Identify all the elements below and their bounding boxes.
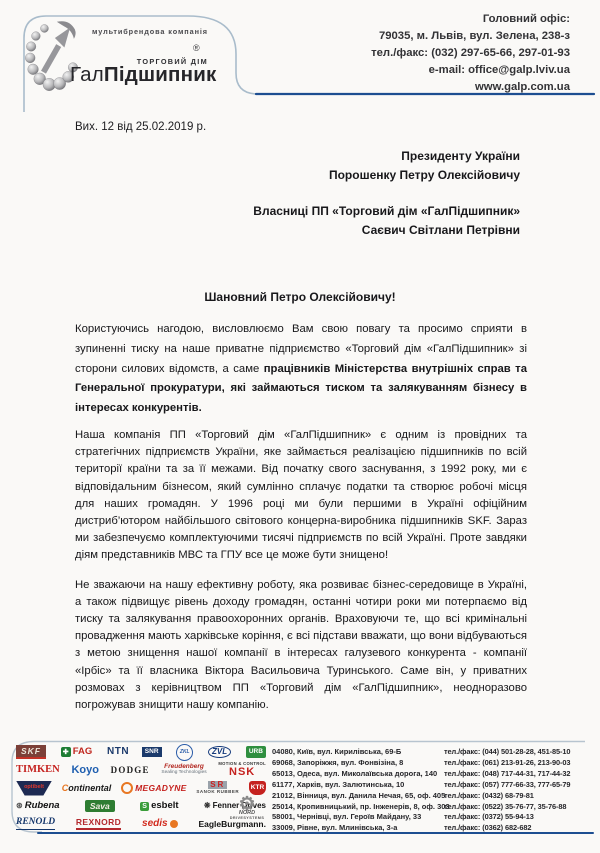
branch-phone: тел./факс: (0362) 682-682 [444, 823, 570, 834]
urb-logo: URB [246, 746, 266, 759]
brand-part-regular: Гал [70, 63, 104, 86]
branch-address: 58001, Чернівці, вул. Героїв Майдану, 33 [272, 812, 450, 823]
dodge-logo: DODGE [111, 766, 150, 775]
branch-address: 21012, Вінниця, вул. Данила Нечая, 65, о… [272, 791, 450, 802]
paragraph-3: Не зважаючи на нашу ефективну роботу, як… [75, 577, 527, 715]
megadyne-logo: MEGADYNE [121, 782, 187, 794]
branch-phone: тел./факс: (0432) 68-79-81 [444, 791, 570, 802]
addressee-owner-block: Власниці ПП «Торговий дім «ГалПідшипник»… [253, 202, 520, 240]
branch-address: 61177, Харків, вул. Залютинська, 10 [272, 780, 450, 791]
addressee-line: Власниці ПП «Торговий дім «ГалПідшипник» [253, 202, 520, 221]
renold-logo: RENOLD [16, 818, 55, 830]
addressee-line: Президенту України [329, 147, 520, 166]
ktr-logo: KTR [249, 781, 266, 795]
letter-body: Користуючись нагодою, висловлюємо Вам св… [75, 320, 527, 714]
rubena-logo: ⊛Rubena [16, 801, 60, 811]
brand-row-1: SKF ✚FAG NTN SNR ZKL ZVL URB [16, 743, 266, 761]
branch-phone: тел./факс: (0522) 35-76-77, 35-76-88 [444, 802, 570, 813]
letter-footer: SKF ✚FAG NTN SNR ZKL ZVL URB TIMKEN Koyo… [0, 738, 600, 853]
branch-phone: тел./факс: (044) 501-28-28, 451-85-10 [444, 747, 570, 758]
head-office-phone: тел./факс: (032) 297-65-66, 297-01-93 [371, 45, 570, 62]
head-office-email: e-mail: office@galp.lviv.ua [371, 62, 570, 79]
branch-address: 04080, Київ, вул. Кирилівська, 69-Б [272, 747, 450, 758]
addressee-president-block: Президенту України Порошенку Петру Олекс… [329, 147, 520, 185]
esbelt-emblem-icon: S [140, 802, 149, 811]
sedis-logo: sedis [142, 819, 178, 829]
nsk-logo: MOTION & CONTROLNSK [218, 762, 266, 778]
scanned-letter-page: мультибрендова компанія ® ТОРГОВИЙ ДІМ Г… [0, 0, 600, 853]
addressee-line: Саєвич Світлани Петрівни [253, 221, 520, 240]
paragraph-2: Наша компанія ПП «Торговий дім «ГалПідши… [75, 427, 527, 565]
branch-phone: тел./факс: (057) 777-66-33, 777-65-79 [444, 780, 570, 791]
nord-caption: DRIVESYSTEMS [228, 816, 266, 820]
esbelt-logo: Sesbelt [140, 801, 178, 811]
branch-address: 69068, Запоріжжя, вул. Фонвізіна, 8 [272, 758, 450, 769]
megadyne-emblem-icon [121, 782, 133, 794]
sava-logo: Sava [85, 800, 115, 813]
branch-address: 65013, Одеса, вул. Миколаївська дорога, … [272, 769, 450, 780]
fenner-emblem-icon: ❋ [204, 802, 211, 810]
outgoing-reference: Вих. 12 від 25.02.2019 р. [75, 121, 206, 133]
branch-addresses: 04080, Київ, вул. Кирилівська, 69-Б 6906… [272, 747, 450, 834]
continental-logo: Continental [62, 784, 112, 793]
branch-address: 33009, Рівне, вул. Млинівська, 3-а [272, 823, 450, 834]
fag-emblem-icon: ✚ [61, 747, 71, 757]
paragraph-1: Користуючись нагодою, висловлюємо Вам св… [75, 320, 527, 419]
zvl-logo: ZVL [208, 746, 231, 758]
brand-part-bold: Підшипник [104, 63, 217, 86]
head-office-website: www.galp.com.ua [371, 79, 570, 96]
sedis-emblem-icon [170, 820, 178, 828]
rexnord-logo: REXNORD [76, 818, 121, 830]
registered-trademark-icon: ® [193, 43, 200, 53]
branch-phone: тел./факс: (061) 213-91-26, 213-90-03 [444, 758, 570, 769]
salutation: Шановний Петро Олексійовичу! [75, 290, 525, 304]
addressee-line: Порошенку Петру Олексійовичу [329, 166, 520, 185]
letterhead: мультибрендова компанія ® ТОРГОВИЙ ДІМ Г… [0, 0, 600, 120]
branch-phone: тел./факс: (048) 717-44-31, 717-44-32 [444, 769, 570, 780]
branch-phones: тел./факс: (044) 501-28-28, 451-85-10 те… [444, 747, 570, 834]
ntn-logo: NTN [107, 747, 129, 757]
zkl-logo: ZKL [176, 744, 193, 761]
eagleburgmann-logo: EagleBurgmann. [198, 820, 266, 829]
koyo-logo: Koyo [71, 765, 99, 776]
branch-phone: тел./факс: (0372) 55-94-13 [444, 812, 570, 823]
timken-logo: TIMKEN [16, 765, 60, 776]
optibelt-logo: optibelt [16, 781, 52, 796]
fag-logo: ✚FAG [61, 747, 93, 757]
freudenberg-logo: FreudenbergSealing Technologies [161, 764, 206, 776]
sanok-rubber-logo: SRSANOK RUBBER [196, 781, 239, 795]
logo-tagline: мультибрендова компанія [92, 27, 208, 36]
brand-row-2: TIMKEN Koyo DODGE FreudenbergSealing Tec… [16, 761, 266, 779]
head-office-contact-block: Головний офіс: 79035, м. Львів, вул. Зел… [371, 11, 570, 96]
company-brand-name: ГалПідшипник [70, 63, 216, 87]
rubena-emblem-icon: ⊛ [16, 802, 23, 810]
head-office-title: Головний офіс: [371, 11, 570, 28]
brand-row-3: optibelt Continental MEGADYNE SRSANOK RU… [16, 779, 266, 797]
head-office-address: 79035, м. Львів, вул. Зелена, 238-з [371, 28, 570, 45]
branch-address: 25014, Кропивницький, пр. Інженерів, 8, … [272, 802, 450, 813]
skf-logo: SKF [16, 745, 46, 759]
nord-drivesystems-logo: ⚙ NORD DRIVESYSTEMS [228, 796, 266, 820]
snr-logo: SNR [142, 747, 162, 758]
